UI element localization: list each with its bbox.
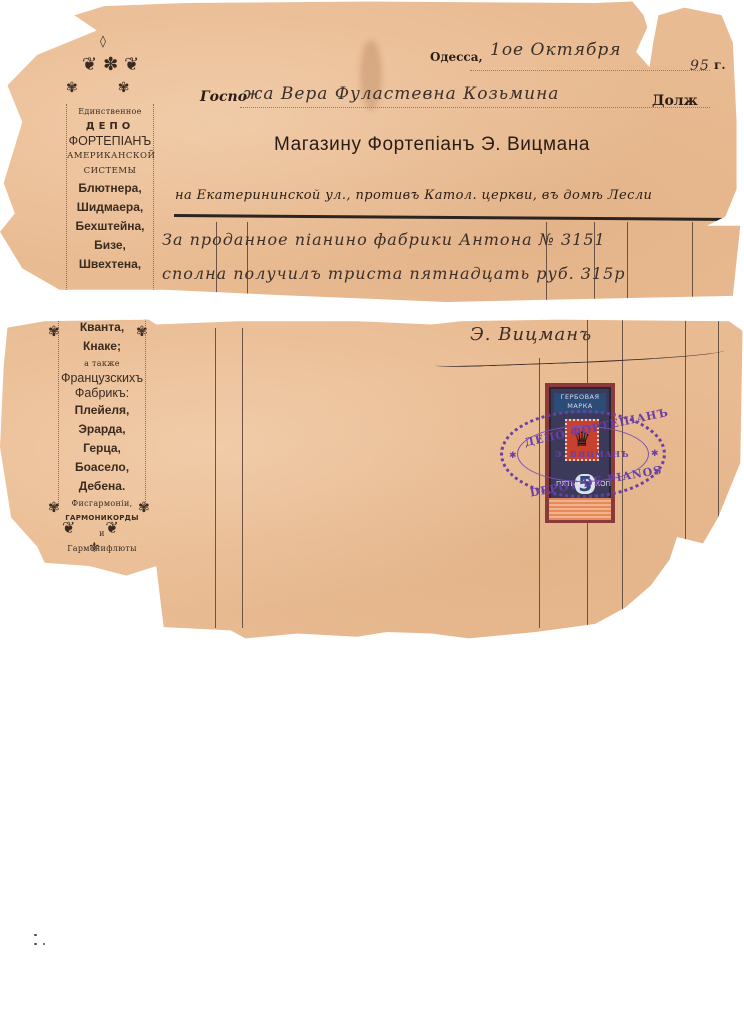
ad-line: Единственное bbox=[67, 104, 153, 119]
star-icon: ✱ bbox=[651, 449, 659, 459]
header-rule bbox=[174, 214, 730, 221]
stamp-stripes bbox=[549, 498, 611, 520]
ornament-floral-icon: ✾ bbox=[138, 500, 150, 516]
ad-line: Блютнера, bbox=[67, 179, 153, 198]
seal-middle-text: Э. ВИЦМАНЪ bbox=[555, 449, 630, 459]
store-name: Магазину Фортепіанъ Э. Вицмана bbox=[274, 134, 590, 156]
addressee-dotted-line bbox=[240, 107, 710, 108]
ad-line: Кнаке; bbox=[59, 337, 145, 356]
ad-line: Плейеля, bbox=[59, 401, 145, 420]
oval-seal: ДЕПО ФОРТЕПІАНЪ Э. ВИЦМАНЪ DEPOT DE PIAN… bbox=[500, 410, 666, 498]
ad-line: Гармонифлюты bbox=[59, 541, 145, 556]
body-line-1-handwritten: За проданное пiанино фабрики Антона № 31… bbox=[162, 230, 606, 249]
ad-line: Бизе, bbox=[67, 236, 153, 255]
store-address: на Екатерининской ул., противъ Катол. це… bbox=[175, 188, 652, 203]
body-line-2-handwritten: сполна получилъ триста пятнадцать руб. 3… bbox=[162, 264, 626, 283]
ad-line: СИСТЕМЫ bbox=[67, 164, 153, 179]
ornament-finial-icon: ◊ bbox=[100, 34, 106, 48]
column-rule bbox=[692, 222, 693, 302]
sidebar-advertisement-top: ЕдинственноеДЕПОФОРТЕПІАНЪАМЕРИКАНСКОЙСИ… bbox=[66, 104, 154, 294]
column-rule bbox=[627, 222, 628, 302]
signature-flourish bbox=[435, 345, 725, 368]
ad-line: ДЕПО bbox=[67, 119, 153, 134]
year-suffix: г. bbox=[714, 58, 726, 72]
ad-line: Кванта, bbox=[59, 318, 145, 337]
ornament-floral-icon: ✾✾ bbox=[66, 80, 169, 96]
year-handwritten: 95 bbox=[690, 58, 710, 74]
ad-line: Боасело, bbox=[59, 458, 145, 477]
sidebar-advertisement-bottom: Кванта,Кнаке;а такжеФранцузскихъФабрикъ:… bbox=[58, 318, 146, 506]
ornament-floral-icon: ❦✽❦ bbox=[82, 54, 145, 75]
city-label: Одесса, bbox=[430, 50, 483, 64]
signature-handwritten: Э. Вицманъ bbox=[470, 324, 592, 345]
column-rule bbox=[215, 328, 216, 628]
ad-line: Фабрикъ: bbox=[59, 386, 145, 401]
addressee-handwritten: жа Вера Фуластевна Козьмина bbox=[243, 84, 559, 104]
ad-line: Фисгармоніи, bbox=[59, 496, 145, 511]
dust-speck bbox=[34, 943, 37, 945]
ad-line: Швехтена, bbox=[67, 255, 153, 274]
ornament-floral-icon: ❦❦ bbox=[62, 518, 149, 537]
ad-line: Шидмаера, bbox=[67, 198, 153, 217]
date-handwritten: 1ое Октября bbox=[490, 40, 622, 60]
invoice-top-fragment: ◊ ❦✽❦ ✾✾ ЕдинственноеДЕПОФОРТЕПІАНЪАМЕРИ… bbox=[0, 0, 744, 305]
ad-line: а также bbox=[59, 356, 145, 371]
dust-speck bbox=[43, 943, 45, 945]
ornament-floral-icon: ✾ bbox=[48, 500, 60, 516]
ad-line: АМЕРИКАНСКОЙ bbox=[67, 149, 153, 164]
date-dotted-line bbox=[470, 70, 710, 71]
ornament-pendant-icon: ⚜ bbox=[88, 540, 101, 556]
addressee-prefix: Госпо bbox=[200, 89, 247, 105]
ad-line: ФОРТЕПІАНЪ bbox=[67, 134, 153, 149]
dust-speck bbox=[34, 934, 37, 936]
ad-line: Французскихъ bbox=[59, 371, 145, 386]
ad-line: Бехштейна, bbox=[67, 217, 153, 236]
star-icon: ✱ bbox=[509, 451, 517, 461]
ad-line: Герца, bbox=[59, 439, 145, 458]
column-rule bbox=[242, 328, 243, 628]
ad-line: Эрарда, bbox=[59, 420, 145, 439]
ad-line: Дебена. bbox=[59, 477, 145, 496]
